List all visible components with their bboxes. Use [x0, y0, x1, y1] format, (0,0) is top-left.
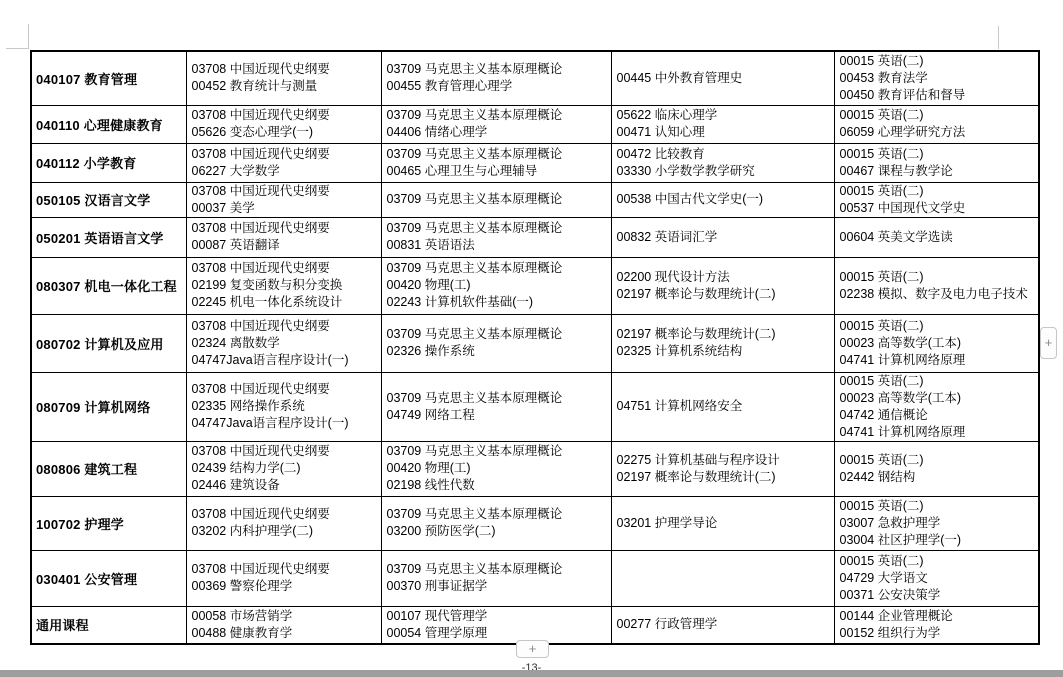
course-cell: 00015 英语(二)02238 模拟、数字及电力电子技术	[834, 257, 1039, 314]
course-line: 03708 中国近现代史纲要	[192, 318, 379, 335]
course-line: 02197 概率论与数理统计(二)	[617, 469, 832, 486]
course-line: 00023 高等数学(工本)	[840, 390, 1037, 407]
course-line: 00445 中外教育管理史	[617, 70, 832, 87]
course-cell: 03709 马克思主义基本原理概论02326 操作系统	[381, 314, 611, 372]
course-cell: 00015 英语(二)00467 课程与教学论	[834, 143, 1039, 182]
course-cell: 03201 护理学导论	[611, 496, 834, 550]
page-margin-mark-top-left-vertical	[28, 24, 29, 49]
major-cell: 080709 计算机网络	[31, 372, 186, 441]
course-line: 00015 英语(二)	[840, 53, 1037, 70]
course-line: 03708 中国近现代史纲要	[192, 107, 379, 124]
course-line: 00058 市场营销学	[192, 608, 379, 625]
course-cell: 00015 英语(二)00023 高等数学(工本)04741 计算机网络原理	[834, 314, 1039, 372]
document-page: 040107 教育管理03708 中国近现代史纲要00452 教育统计与测量03…	[30, 50, 1040, 645]
course-cell: 00472 比较教育03330 小学数学教学研究	[611, 143, 834, 182]
course-line: 00015 英语(二)	[840, 318, 1037, 335]
course-line: 00832 英语词汇学	[617, 229, 832, 246]
course-line: 04747Java语言程序设计(一)	[192, 415, 379, 432]
course-cell: 03709 马克思主义基本原理概论03200 预防医学(二)	[381, 496, 611, 550]
course-line: 00037 美学	[192, 200, 379, 217]
course-line: 04742 通信概论	[840, 407, 1037, 424]
course-cell: 00015 英语(二)04729 大学语文00371 公安决策学	[834, 550, 1039, 606]
course-line: 03708 中国近现代史纲要	[192, 381, 379, 398]
course-line: 03709 马克思主义基本原理概论	[387, 146, 609, 163]
course-line: 00015 英语(二)	[840, 107, 1037, 124]
course-line: 00604 英美文学选读	[840, 229, 1037, 246]
course-line: 00015 英语(二)	[840, 553, 1037, 570]
course-line: 03709 马克思主义基本原理概论	[387, 561, 609, 578]
course-line: 00015 英语(二)	[840, 373, 1037, 390]
course-line: 02198 线性代数	[387, 477, 609, 494]
course-cell: 03708 中国近现代史纲要05626 变态心理学(一)	[186, 105, 381, 143]
course-line: 04741 计算机网络原理	[840, 424, 1037, 441]
course-cell: 00445 中外教育管理史	[611, 51, 834, 105]
course-line: 00015 英语(二)	[840, 498, 1037, 515]
course-line: 03708 中国近现代史纲要	[192, 183, 379, 200]
major-cell: 080806 建筑工程	[31, 441, 186, 496]
table-row: 040107 教育管理03708 中国近现代史纲要00452 教育统计与测量03…	[31, 51, 1039, 105]
page-margin-mark-top-right-vertical	[998, 26, 999, 49]
course-line: 00152 组织行为学	[840, 625, 1037, 642]
course-cell: 00538 中国古代文学史(一)	[611, 182, 834, 217]
course-line: 00371 公安决策学	[840, 587, 1037, 604]
course-line: 00420 物理(工)	[387, 460, 609, 477]
course-cell: 02200 现代设计方法02197 概率论与数理统计(二)	[611, 257, 834, 314]
course-cell: 04751 计算机网络安全	[611, 372, 834, 441]
course-line: 03709 马克思主义基本原理概论	[387, 107, 609, 124]
course-schedule-table: 040107 教育管理03708 中国近现代史纲要00452 教育统计与测量03…	[30, 50, 1040, 645]
course-line: 03708 中国近现代史纲要	[192, 260, 379, 277]
course-cell: 03709 马克思主义基本原理概论04406 情绪心理学	[381, 105, 611, 143]
table-row: 040112 小学教育03708 中国近现代史纲要06227 大学数学03709…	[31, 143, 1039, 182]
page-margin-mark-top-left-horizontal	[6, 48, 28, 49]
course-line: 03709 马克思主义基本原理概论	[387, 220, 609, 237]
course-line: 04751 计算机网络安全	[617, 398, 832, 415]
table-row: 030401 公安管理03708 中国近现代史纲要00369 警察伦理学0370…	[31, 550, 1039, 606]
course-line: 03200 预防医学(二)	[387, 523, 609, 540]
major-cell: 030401 公安管理	[31, 550, 186, 606]
course-line: 04406 情绪心理学	[387, 124, 609, 141]
course-cell: 03708 中国近现代史纲要02335 网络操作系统04747Java语言程序设…	[186, 372, 381, 441]
table-row: 080709 计算机网络03708 中国近现代史纲要02335 网络操作系统04…	[31, 372, 1039, 441]
course-cell: 02275 计算机基础与程序设计02197 概率论与数理统计(二)	[611, 441, 834, 496]
course-schedule-table-body: 040107 教育管理03708 中国近现代史纲要00452 教育统计与测量03…	[31, 51, 1039, 644]
course-line: 02245 机电一体化系统设计	[192, 294, 379, 311]
major-cell: 040110 心理健康教育	[31, 105, 186, 143]
course-line: 02199 复变函数与积分变换	[192, 277, 379, 294]
course-cell: 03708 中国近现代史纲要00087 英语翻译	[186, 217, 381, 257]
course-line: 03330 小学数学教学研究	[617, 163, 832, 180]
course-cell: 03708 中国近现代史纲要00037 美学	[186, 182, 381, 217]
major-cell: 040112 小学教育	[31, 143, 186, 182]
table-row: 050105 汉语言文学03708 中国近现代史纲要00037 美学03709 …	[31, 182, 1039, 217]
course-line: 02275 计算机基础与程序设计	[617, 452, 832, 469]
course-cell: 00144 企业管理概论00152 组织行为学	[834, 606, 1039, 644]
course-cell: 03709 马克思主义基本原理概论00455 教育管理心理学	[381, 51, 611, 105]
course-cell: 03708 中国近现代史纲要06227 大学数学	[186, 143, 381, 182]
table-row: 080806 建筑工程03708 中国近现代史纲要02439 结构力学(二)02…	[31, 441, 1039, 496]
course-line: 00450 教育评估和督导	[840, 87, 1037, 104]
course-line: 00472 比较教育	[617, 146, 832, 163]
course-line: 02439 结构力学(二)	[192, 460, 379, 477]
course-line: 00471 认知心理	[617, 124, 832, 141]
table-row: 通用课程00058 市场营销学00488 健康教育学00107 现代管理学000…	[31, 606, 1039, 644]
course-line: 00107 现代管理学	[387, 608, 609, 625]
course-cell: 03709 马克思主义基本原理概论00420 物理(工)02198 线性代数	[381, 441, 611, 496]
page-bottom-edge	[0, 670, 1063, 677]
course-line: 03709 马克思主义基本原理概论	[387, 61, 609, 78]
course-line: 03708 中国近现代史纲要	[192, 561, 379, 578]
table-row: 040110 心理健康教育03708 中国近现代史纲要05626 变态心理学(一…	[31, 105, 1039, 143]
table-row: 080702 计算机及应用03708 中国近现代史纲要02324 离散数学047…	[31, 314, 1039, 372]
course-cell: 03708 中国近现代史纲要02324 离散数学04747Java语言程序设计(…	[186, 314, 381, 372]
course-line: 04749 网络工程	[387, 407, 609, 424]
course-cell: 03709 马克思主义基本原理概论00465 心理卫生与心理辅导	[381, 143, 611, 182]
course-cell: 00107 现代管理学00054 管理学原理	[381, 606, 611, 644]
course-line: 03709 马克思主义基本原理概论	[387, 326, 609, 343]
course-cell: 00015 英语(二)06059 心理学研究方法	[834, 105, 1039, 143]
course-cell: 00277 行政管理学	[611, 606, 834, 644]
course-line: 03201 护理学导论	[617, 515, 832, 532]
course-cell: 03709 马克思主义基本原理概论	[381, 182, 611, 217]
course-cell: 03708 中国近现代史纲要02439 结构力学(二)02446 建筑设备	[186, 441, 381, 496]
course-line: 00144 企业管理概论	[840, 608, 1037, 625]
course-line: 02446 建筑设备	[192, 477, 379, 494]
course-line: 00087 英语翻译	[192, 237, 379, 254]
course-line: 00488 健康教育学	[192, 625, 379, 642]
course-line: 00465 心理卫生与心理辅导	[387, 163, 609, 180]
major-cell: 040107 教育管理	[31, 51, 186, 105]
course-line: 02200 现代设计方法	[617, 269, 832, 286]
course-line: 00277 行政管理学	[617, 616, 832, 633]
course-line: 00015 英语(二)	[840, 146, 1037, 163]
course-line: 00420 物理(工)	[387, 277, 609, 294]
major-cell: 080307 机电一体化工程	[31, 257, 186, 314]
major-cell: 080702 计算机及应用	[31, 314, 186, 372]
course-line: 03708 中国近现代史纲要	[192, 61, 379, 78]
course-line: 06227 大学数学	[192, 163, 379, 180]
course-cell: 03709 马克思主义基本原理概论00831 英语语法	[381, 217, 611, 257]
course-cell: 00015 英语(二)00453 教育法学00450 教育评估和督导	[834, 51, 1039, 105]
course-cell: 03708 中国近现代史纲要00452 教育统计与测量	[186, 51, 381, 105]
course-cell	[611, 550, 834, 606]
course-line: 03708 中国近现代史纲要	[192, 220, 379, 237]
course-line: 02325 计算机系统结构	[617, 343, 832, 360]
course-line: 03709 马克思主义基本原理概论	[387, 390, 609, 407]
course-line: 02243 计算机软件基础(一)	[387, 294, 609, 311]
course-line: 02442 钢结构	[840, 469, 1037, 486]
table-row: 080307 机电一体化工程03708 中国近现代史纲要02199 复变函数与积…	[31, 257, 1039, 314]
course-line: 04747Java语言程序设计(一)	[192, 352, 379, 369]
course-line: 00467 课程与教学论	[840, 163, 1037, 180]
course-cell: 00604 英美文学选读	[834, 217, 1039, 257]
course-line: 02197 概率论与数理统计(二)	[617, 286, 832, 303]
major-cell: 050201 英语语言文学	[31, 217, 186, 257]
course-line: 04741 计算机网络原理	[840, 352, 1037, 369]
course-line: 00537 中国现代文学史	[840, 200, 1037, 217]
course-cell: 03708 中国近现代史纲要02199 复变函数与积分变换02245 机电一体化…	[186, 257, 381, 314]
course-line: 02326 操作系统	[387, 343, 609, 360]
course-line: 05626 变态心理学(一)	[192, 124, 379, 141]
course-cell: 02197 概率论与数理统计(二)02325 计算机系统结构	[611, 314, 834, 372]
major-cell: 通用课程	[31, 606, 186, 644]
course-line: 03709 马克思主义基本原理概论	[387, 260, 609, 277]
course-cell: 00015 英语(二)02442 钢结构	[834, 441, 1039, 496]
table-row: 050201 英语语言文学03708 中国近现代史纲要00087 英语翻译037…	[31, 217, 1039, 257]
course-line: 02324 离散数学	[192, 335, 379, 352]
course-line: 04729 大学语文	[840, 570, 1037, 587]
course-line: 02335 网络操作系统	[192, 398, 379, 415]
course-cell: 03708 中国近现代史纲要00369 警察伦理学	[186, 550, 381, 606]
course-line: 06059 心理学研究方法	[840, 124, 1037, 141]
course-line: 02197 概率论与数理统计(二)	[617, 326, 832, 343]
course-line: 00015 英语(二)	[840, 452, 1037, 469]
course-line: 02238 模拟、数字及电力电子技术	[840, 286, 1037, 303]
course-line: 03007 急救护理学	[840, 515, 1037, 532]
course-cell: 00015 英语(二)00537 中国现代文学史	[834, 182, 1039, 217]
course-cell: 03709 马克思主义基本原理概论04749 网络工程	[381, 372, 611, 441]
course-cell: 00832 英语词汇学	[611, 217, 834, 257]
course-cell: 03709 马克思主义基本原理概论00370 刑事证据学	[381, 550, 611, 606]
course-line: 03004 社区护理学(一)	[840, 532, 1037, 549]
course-cell: 00015 英语(二)03007 急救护理学03004 社区护理学(一)	[834, 496, 1039, 550]
course-line: 03709 马克思主义基本原理概论	[387, 506, 609, 523]
table-row: 100702 护理学03708 中国近现代史纲要03202 内科护理学(二)03…	[31, 496, 1039, 550]
course-line: 03202 内科护理学(二)	[192, 523, 379, 540]
course-line: 00054 管理学原理	[387, 625, 609, 642]
course-line: 00015 英语(二)	[840, 183, 1037, 200]
course-line: 00023 高等数学(工本)	[840, 335, 1037, 352]
course-line: 03709 马克思主义基本原理概论	[387, 191, 609, 208]
course-line: 03708 中国近现代史纲要	[192, 506, 379, 523]
course-line: 00538 中国古代文学史(一)	[617, 191, 832, 208]
course-line: 00370 刑事证据学	[387, 578, 609, 595]
course-line: 00369 警察伦理学	[192, 578, 379, 595]
course-line: 00453 教育法学	[840, 70, 1037, 87]
course-line: 05622 临床心理学	[617, 107, 832, 124]
course-line: 00455 教育管理心理学	[387, 78, 609, 95]
course-line: 00015 英语(二)	[840, 269, 1037, 286]
course-cell: 05622 临床心理学00471 认知心理	[611, 105, 834, 143]
course-line: 03709 马克思主义基本原理概论	[387, 443, 609, 460]
course-cell: 03708 中国近现代史纲要03202 内科护理学(二)	[186, 496, 381, 550]
major-cell: 100702 护理学	[31, 496, 186, 550]
add-column-button[interactable]: +	[1040, 327, 1057, 359]
course-line: 00831 英语语法	[387, 237, 609, 254]
course-cell: 03709 马克思主义基本原理概论00420 物理(工)02243 计算机软件基…	[381, 257, 611, 314]
course-line: 03708 中国近现代史纲要	[192, 443, 379, 460]
course-line: 03708 中国近现代史纲要	[192, 146, 379, 163]
add-row-button[interactable]: +	[516, 640, 549, 658]
course-line: 00452 教育统计与测量	[192, 78, 379, 95]
major-cell: 050105 汉语言文学	[31, 182, 186, 217]
course-cell: 00058 市场营销学00488 健康教育学	[186, 606, 381, 644]
course-cell: 00015 英语(二)00023 高等数学(工本)04742 通信概论04741…	[834, 372, 1039, 441]
